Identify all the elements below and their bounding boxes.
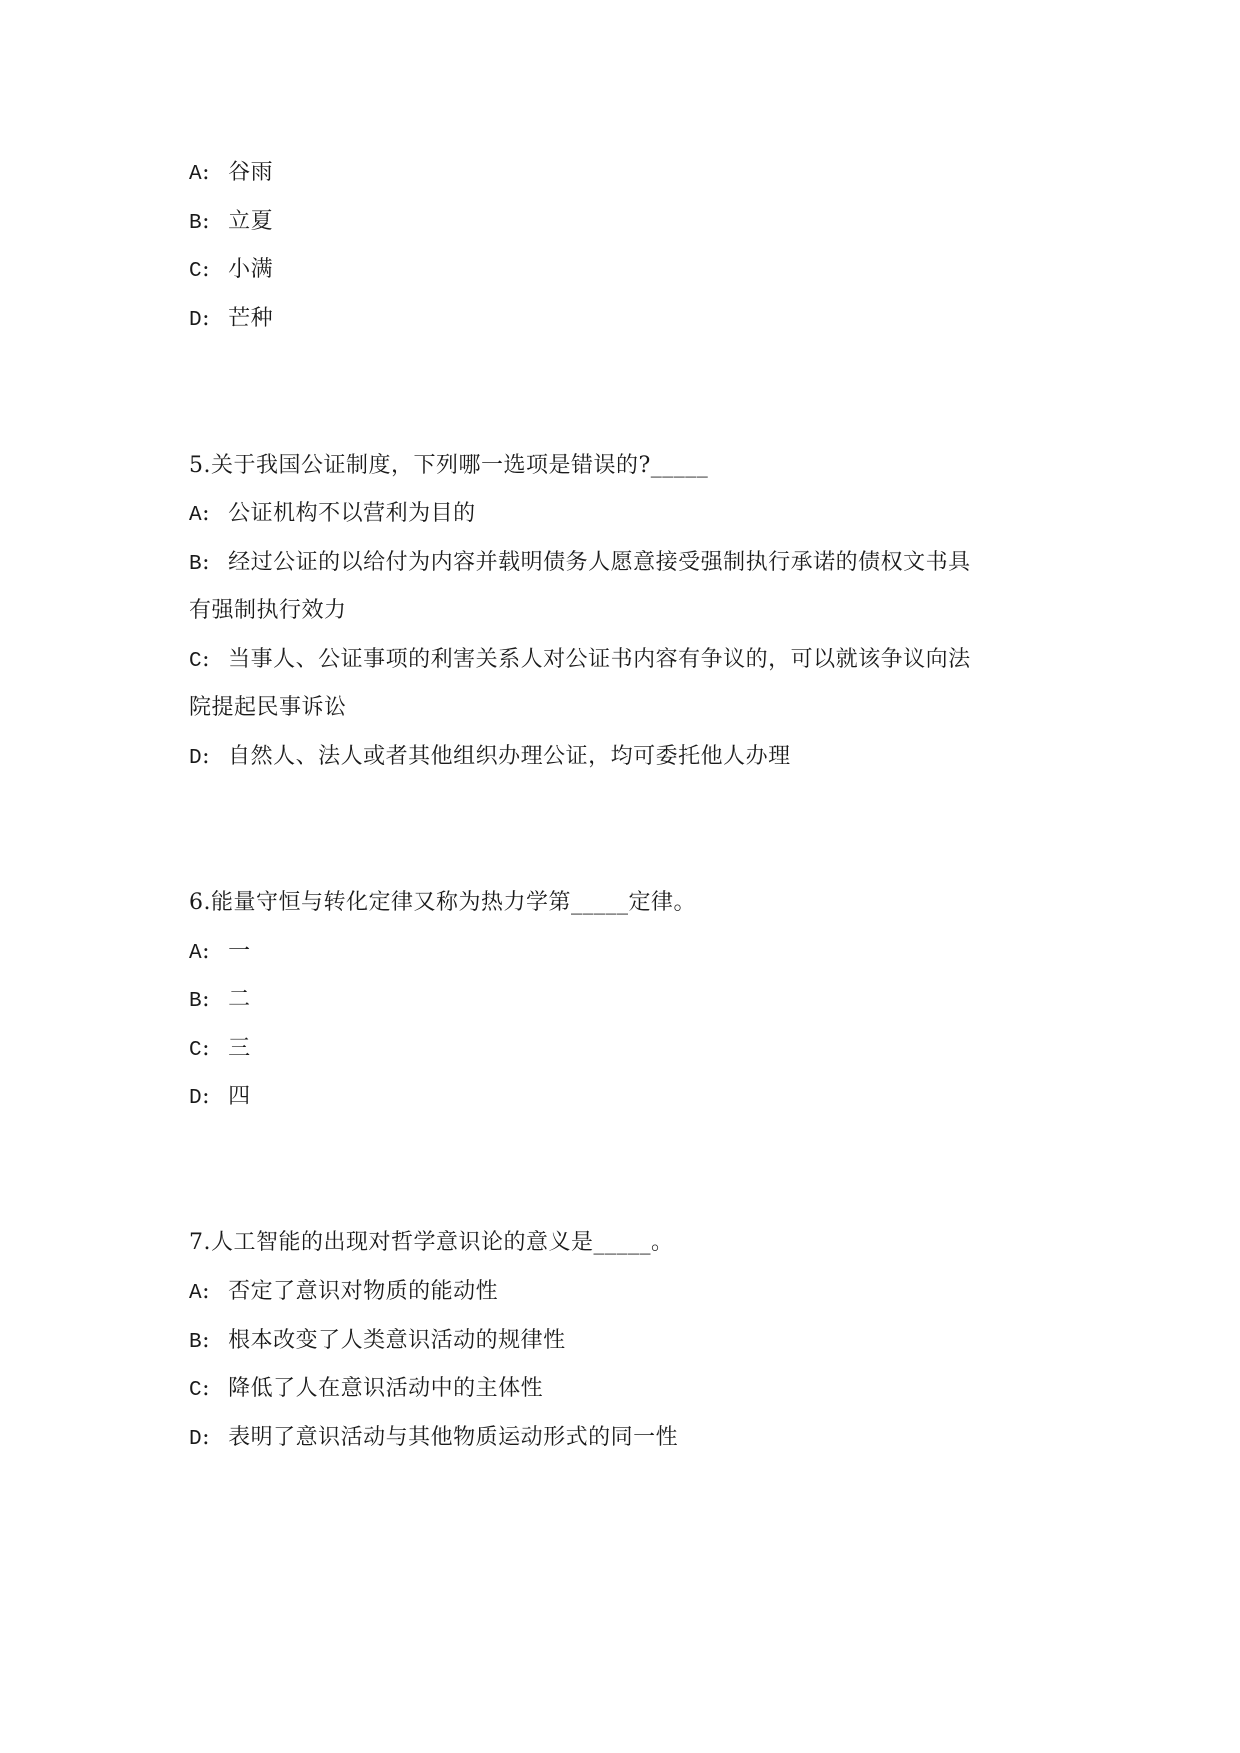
option-letter: C	[189, 257, 202, 287]
document-page: A:谷雨 B:立夏 C:小满 D:芒种 5.关于我国公证制度，下列哪一选项是错误…	[0, 0, 1240, 1753]
option-separator: :	[202, 1423, 228, 1453]
option-text: 降低了人在意识活动中的主体性	[228, 1376, 543, 1401]
option-separator: :	[202, 499, 228, 529]
option-letter: D	[189, 306, 202, 336]
option-text: 当事人、公证事项的利害关系人对公证书内容有争议的，可以就该争议向法	[228, 647, 971, 672]
option-text: 芒种	[228, 306, 273, 331]
option-text: 一	[228, 939, 251, 964]
option-separator: :	[202, 1374, 228, 1404]
option-letter: B	[189, 209, 202, 239]
q5-option-a: A:公证机构不以营利为目的	[189, 499, 476, 531]
q5-option-b-continuation: 有强制执行效力	[189, 596, 347, 626]
q4-option-d: D:芒种	[189, 304, 273, 336]
option-text: 小满	[228, 257, 273, 282]
option-text: 四	[228, 1084, 251, 1109]
q6-option-a: A:一	[189, 937, 251, 969]
option-letter: D	[189, 1425, 202, 1455]
option-text: 谷雨	[228, 160, 273, 185]
q7-stem: 7.人工智能的出现对哲学意识论的意义是_____。	[189, 1228, 674, 1258]
option-letter: A	[189, 501, 202, 531]
option-separator: :	[202, 304, 228, 334]
option-separator: :	[202, 742, 228, 772]
q6-stem: 6.能量守恒与转化定律又称为热力学第_____定律。	[189, 888, 696, 918]
q7-option-c: C:降低了人在意识活动中的主体性	[189, 1374, 543, 1406]
option-letter: C	[189, 1036, 202, 1066]
option-separator: :	[202, 1034, 228, 1064]
option-separator: :	[202, 1277, 228, 1307]
q5-option-d: D:自然人、法人或者其他组织办理公证，均可委托他人办理	[189, 742, 791, 774]
option-letter: C	[189, 647, 202, 677]
option-letter: D	[189, 1084, 202, 1114]
option-separator: :	[202, 1326, 228, 1356]
option-separator: :	[202, 645, 228, 675]
option-text: 根本改变了人类意识活动的规律性	[228, 1328, 566, 1353]
q4-option-a: A:谷雨	[189, 158, 273, 190]
q5-stem: 5.关于我国公证制度，下列哪一选项是错误的?_____	[189, 451, 708, 481]
option-letter: B	[189, 1328, 202, 1358]
option-text: 公证机构不以营利为目的	[228, 501, 476, 526]
option-text: 经过公证的以给付为内容并载明债务人愿意接受强制执行承诺的债权文书具	[228, 550, 971, 575]
q4-option-b: B:立夏	[189, 207, 273, 239]
q6-option-c: C:三	[189, 1034, 251, 1066]
q6-option-d: D:四	[189, 1082, 251, 1114]
option-text: 表明了意识活动与其他物质运动形式的同一性	[228, 1425, 678, 1450]
option-text: 二	[228, 987, 251, 1012]
option-separator: :	[202, 207, 228, 237]
option-text: 立夏	[228, 209, 273, 234]
option-letter: C	[189, 1376, 202, 1406]
option-letter: B	[189, 550, 202, 580]
option-text: 自然人、法人或者其他组织办理公证，均可委托他人办理	[228, 744, 791, 769]
q7-option-a: A:否定了意识对物质的能动性	[189, 1277, 498, 1309]
q7-option-d: D:表明了意识活动与其他物质运动形式的同一性	[189, 1423, 678, 1455]
q5-option-c-continuation: 院提起民事诉讼	[189, 693, 347, 723]
option-separator: :	[202, 937, 228, 967]
option-separator: :	[202, 158, 228, 188]
q6-option-b: B:二	[189, 985, 251, 1017]
option-separator: :	[202, 985, 228, 1015]
option-text: 否定了意识对物质的能动性	[228, 1279, 498, 1304]
option-text: 三	[228, 1036, 251, 1061]
option-letter: A	[189, 939, 202, 969]
option-separator: :	[202, 255, 228, 285]
q4-option-c: C:小满	[189, 255, 273, 287]
option-letter: A	[189, 160, 202, 190]
option-separator: :	[202, 548, 228, 578]
option-letter: A	[189, 1279, 202, 1309]
q5-option-c: C:当事人、公证事项的利害关系人对公证书内容有争议的，可以就该争议向法	[189, 645, 971, 677]
option-letter: D	[189, 744, 202, 774]
option-letter: B	[189, 987, 202, 1017]
q7-option-b: B:根本改变了人类意识活动的规律性	[189, 1326, 566, 1358]
option-separator: :	[202, 1082, 228, 1112]
q5-option-b: B:经过公证的以给付为内容并载明债务人愿意接受强制执行承诺的债权文书具	[189, 548, 971, 580]
